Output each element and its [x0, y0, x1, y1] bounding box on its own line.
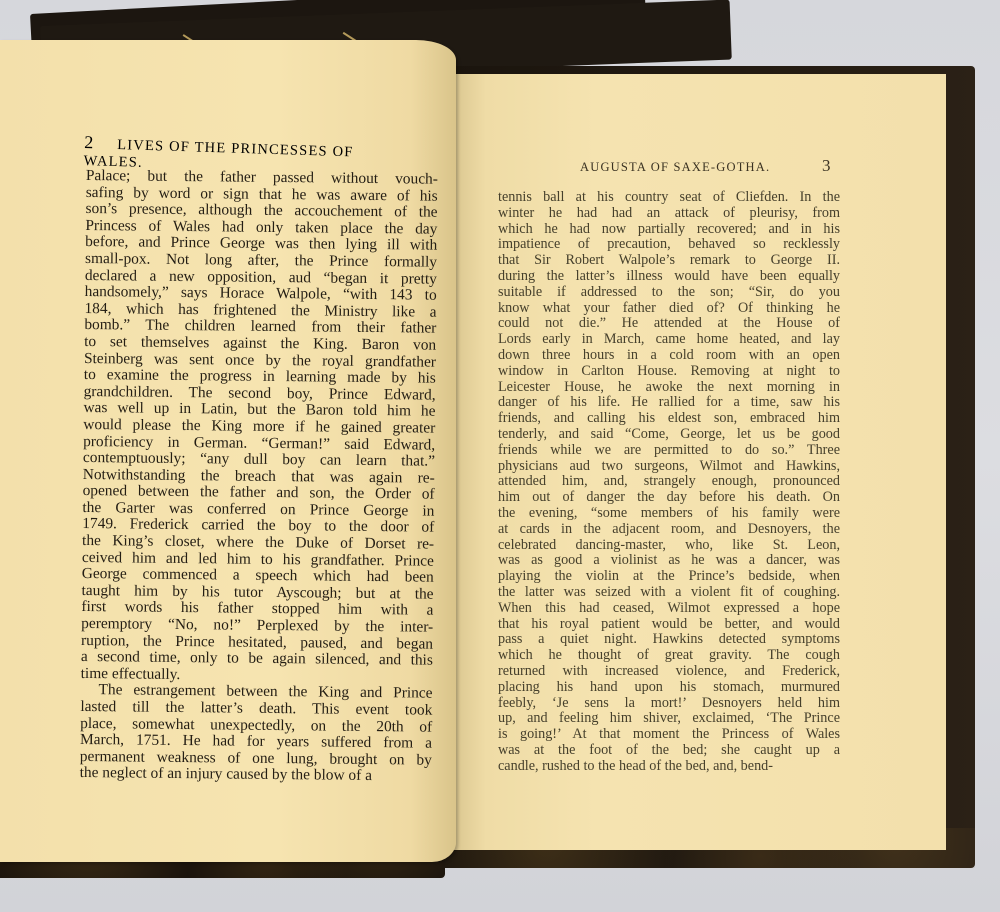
text-line: feebly, ‘Je sens la mort!’ Desnoyers hel…	[498, 696, 840, 712]
text-line: was at the foot of the bed; she caught u…	[498, 743, 840, 759]
text-line: that Sir Robert Walpole’s remark to Geor…	[498, 253, 840, 269]
text-line: tenderly, and said “Come, George, let us…	[498, 427, 840, 443]
text-line: is going!’ At that moment the Princess o…	[498, 727, 840, 743]
right-page-text: tennis ball at his country seat of Clief…	[498, 190, 840, 774]
text-line: When this had ceased, Wilmot expressed a…	[498, 601, 840, 617]
text-line: him out of danger the day before his dea…	[498, 490, 840, 506]
text-line: suitable if addressed to the son; “Sir, …	[498, 285, 840, 301]
text-line: up, and feeling him shiver, exclaimed, ‘…	[498, 711, 840, 727]
text-line: was as good a violinist as he was a danc…	[498, 553, 840, 569]
text-line: Lords early in March, came home heated, …	[498, 332, 840, 348]
text-line: friends while we are permitted to do so.…	[498, 443, 840, 459]
text-line: the evening, “some members of his family…	[498, 506, 840, 522]
text-line: window in Carlton House. Removing at nig…	[498, 364, 840, 380]
text-line: pass a quiet night. Hawkins detected sym…	[498, 632, 840, 648]
text-line: returned with increased violence, and Fr…	[498, 664, 840, 680]
text-line: danger of his life. He rallied for a tim…	[498, 395, 840, 411]
text-line: the latter was seized with a violent fit…	[498, 585, 840, 601]
text-line: physicians aud two surgeons, Wilmot and …	[498, 459, 840, 475]
text-line: that his royal patient would be better, …	[498, 617, 840, 633]
text-line: playing the violin at the Prince’s bedsi…	[498, 569, 840, 585]
text-line: which he thought of great gravity. The c…	[498, 648, 840, 664]
right-page-number: 3	[822, 156, 831, 176]
text-line: tennis ball at his country seat of Clief…	[498, 190, 840, 206]
left-running-head-title: LIVES OF THE PRINCESSES OF WALES.	[83, 137, 353, 171]
text-line: attended him, and, strangely enough, pro…	[498, 474, 840, 490]
text-line: candle, rushed to the head of the bed, a…	[498, 759, 840, 775]
text-line: celebrated dancing-master, who, like St.…	[498, 538, 840, 554]
text-line: down three hours in a cold room with an …	[498, 348, 840, 364]
left-page-number: 2	[84, 132, 95, 152]
text-line: winter he had had an attack of pleurisy,…	[498, 206, 840, 222]
text-line: know what your father died of? Of thinki…	[498, 301, 840, 317]
text-line: placing his hand upon his stomach, murmu…	[498, 680, 840, 696]
text-line: impatience of precaution, behaved so rec…	[498, 237, 840, 253]
right-running-head-title: AUGUSTA OF SAXE-GOTHA.	[580, 160, 830, 175]
text-line: friends, and calling his eldest son, emb…	[498, 411, 840, 427]
left-page-text: Palace; but the father passed without vo…	[80, 168, 438, 786]
text-line: Leicester House, he awoke the next morni…	[498, 380, 840, 396]
text-line: during the latter’s illness would have b…	[498, 269, 840, 285]
text-line: could not die.” He attended at the House…	[498, 316, 840, 332]
photo-scene: 2 LIVES OF THE PRINCESSES OF WALES. Pala…	[0, 0, 1000, 912]
text-line: at cards in the adjacent room, and Desno…	[498, 522, 840, 538]
text-line: which he had now partially recovered; an…	[498, 222, 840, 238]
